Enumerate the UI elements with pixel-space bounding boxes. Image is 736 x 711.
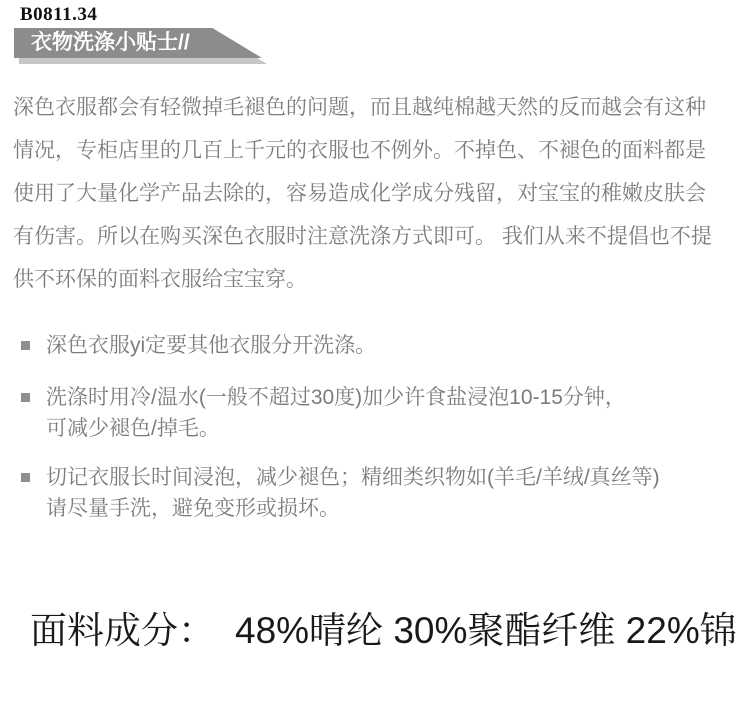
section-banner: 衣物洗涤小贴士//: [14, 28, 262, 58]
square-bullet-icon: [21, 341, 30, 350]
tip-line: 深色衣服yi定要其他衣服分开洗涤。: [46, 330, 721, 361]
intro-line: 有伤害。所以在购买深色衣服时注意洗涤方式即可。 我们从来不提倡也不提: [13, 215, 728, 258]
tip-line: 切记衣服长时间浸泡，减少褪色；精细类织物如(羊毛/羊绒/真丝等): [46, 462, 721, 493]
intro-line: 供不环保的面料衣服给宝宝穿。: [13, 258, 728, 301]
tip-item-3: 切记衣服长时间浸泡，减少褪色；精细类织物如(羊毛/羊绒/真丝等) 请尽量手洗，避…: [21, 462, 721, 524]
tip-item-1: 深色衣服yi定要其他衣服分开洗涤。: [21, 330, 721, 361]
tip-item-2: 洗涤时用冷/温水(一般不超过30度)加少许食盐浸泡10-15分钟， 可减少褪色/…: [21, 382, 721, 444]
product-code: B0811.34: [20, 4, 97, 26]
square-bullet-icon: [21, 473, 30, 482]
banner-title: 衣物洗涤小贴士//: [14, 28, 262, 58]
product-care-page: B0811.34 衣物洗涤小贴士// 深色衣服都会有轻微掉毛褪色的问题，而且越纯…: [0, 0, 736, 711]
tip-line: 可减少褪色/掉毛。: [46, 413, 721, 444]
square-bullet-icon: [21, 393, 30, 402]
fabric-composition-label: 面料成分：: [30, 610, 215, 651]
intro-line: 情况，专柜店里的几百上千元的衣服也不例外。不掉色、不褪色的面料都是: [13, 129, 728, 172]
tip-line: 请尽量手洗，避免变形或损坏。: [46, 493, 721, 524]
fabric-composition: 面料成分：48%晴纶 30%聚酯纤维 22%锦纶: [30, 606, 736, 656]
intro-line: 深色衣服都会有轻微掉毛褪色的问题，而且越纯棉越天然的反而越会有这种: [13, 86, 728, 129]
fabric-composition-value: 48%晴纶 30%聚酯纤维 22%锦纶: [235, 610, 736, 651]
intro-line: 使用了大量化学产品去除的，容易造成化学成分残留，对宝宝的稚嫩皮肤会: [13, 172, 728, 215]
intro-paragraph: 深色衣服都会有轻微掉毛褪色的问题，而且越纯棉越天然的反而越会有这种 情况，专柜店…: [13, 86, 728, 301]
tip-line: 洗涤时用冷/温水(一般不超过30度)加少许食盐浸泡10-15分钟，: [46, 382, 721, 413]
banner-ribbon: 衣物洗涤小贴士//: [14, 28, 262, 58]
